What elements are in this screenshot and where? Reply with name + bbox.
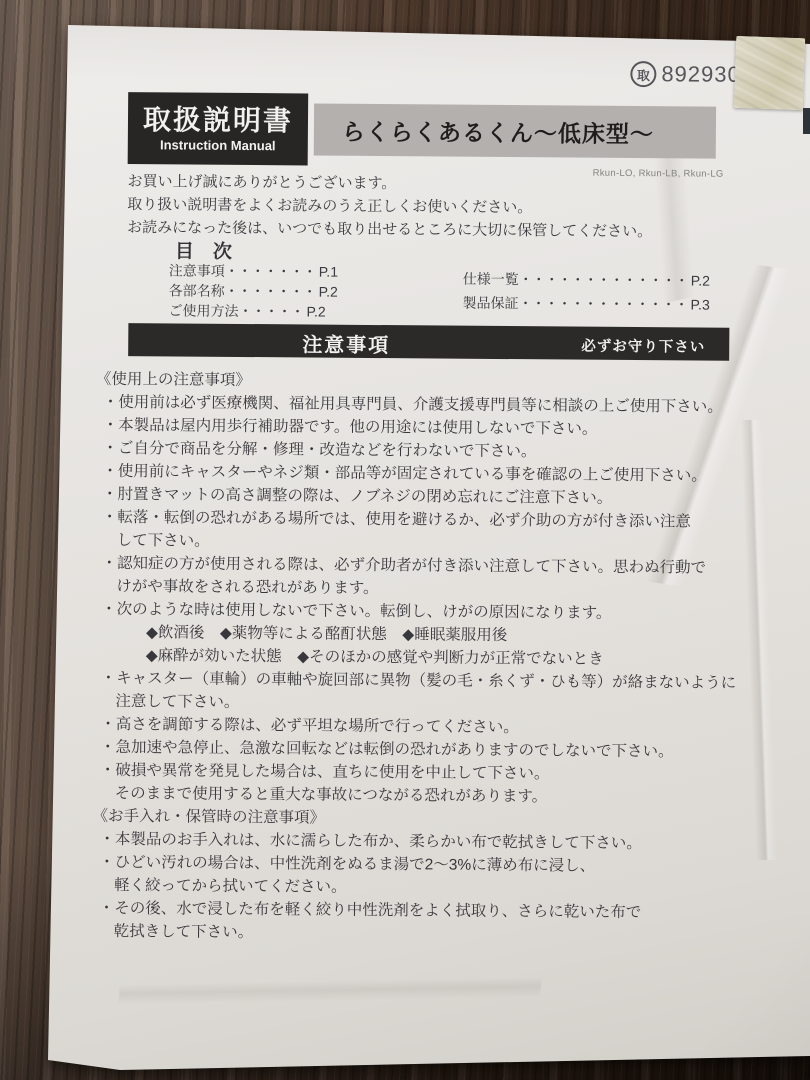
circled-tori-mark-icon: 取 [630,61,656,87]
toc-entry: 各部名称・・・・・・・P.2 [169,280,338,301]
manual-title-box: 取扱説明書 Instruction Manual [128,92,309,165]
product-name: らくらくあるくん～低床型～ [342,113,654,148]
toc-dots: ・・・・・・・・・・・・・ [519,295,688,312]
toc-page: P.1 [319,264,338,280]
notice-body: 《使用上の注意事項》・使用前は必ず医療機関、福祉用具専門員、介護支援専門員等に相… [92,368,758,948]
section-note: 必ずお守り下さい [581,335,705,357]
toc-label: 仕様一覧 [463,271,519,287]
toc-right-column: 仕様一覧・・・・・・・・・・・・・P.2製品保証・・・・・・・・・・・・・P.3 [462,267,710,317]
toc-dots: ・・・・・・・ [225,283,316,300]
section-title: 注意事項 [128,327,564,359]
toc-label: 各部名称 [169,282,225,298]
manual-subtitle: Instruction Manual [160,137,276,153]
toc-page: P.2 [691,272,710,288]
toc-page: P.3 [691,296,710,312]
toc-entry: 製品保証・・・・・・・・・・・・・P.3 [462,291,709,317]
toc-page: P.2 [306,303,325,319]
toc-label: ご使用方法 [168,302,238,319]
toc-page: P.2 [319,284,338,300]
toc-left-column: 注意事項・・・・・・・P.1各部名称・・・・・・・P.2ご使用方法・・・・・P.… [168,260,338,321]
toc-dots: ・・・・・・・・・・・・・ [519,271,688,288]
toc-dots: ・・・・・ [238,303,303,320]
header: 取扱説明書 Instruction Manual らくらくあるくん～低床型～ [128,92,717,169]
notice-line: 乾拭きして下さい。 [92,920,754,948]
toc-entry: 注意事項・・・・・・・P.1 [169,260,338,281]
toc-entry: 仕様一覧・・・・・・・・・・・・・P.2 [463,267,710,293]
product-name-bar: らくらくあるくん～低床型～ [314,104,716,159]
desk-surface: 取 8929301 取扱説明書 Instruction Manual らくらくあ… [0,0,810,1080]
page-content: 取 8929301 取扱説明書 Instruction Manual らくらくあ… [0,0,810,1080]
toc-label: 注意事項 [169,262,225,278]
masking-tape [734,36,805,110]
toc-label: 製品保証 [463,295,519,311]
toc-dots: ・・・・・・・ [225,263,316,280]
manual-title: 取扱説明書 [143,105,293,136]
intro-paragraph: お買い上げ誠にありがとうございます。取り扱い説明書をよくお読みのうえ正しくお使い… [127,170,653,243]
toc-entry: ご使用方法・・・・・P.2 [168,300,337,321]
section-header-bar: 注意事項 必ずお守り下さい [128,323,729,361]
edge-object [803,108,810,134]
